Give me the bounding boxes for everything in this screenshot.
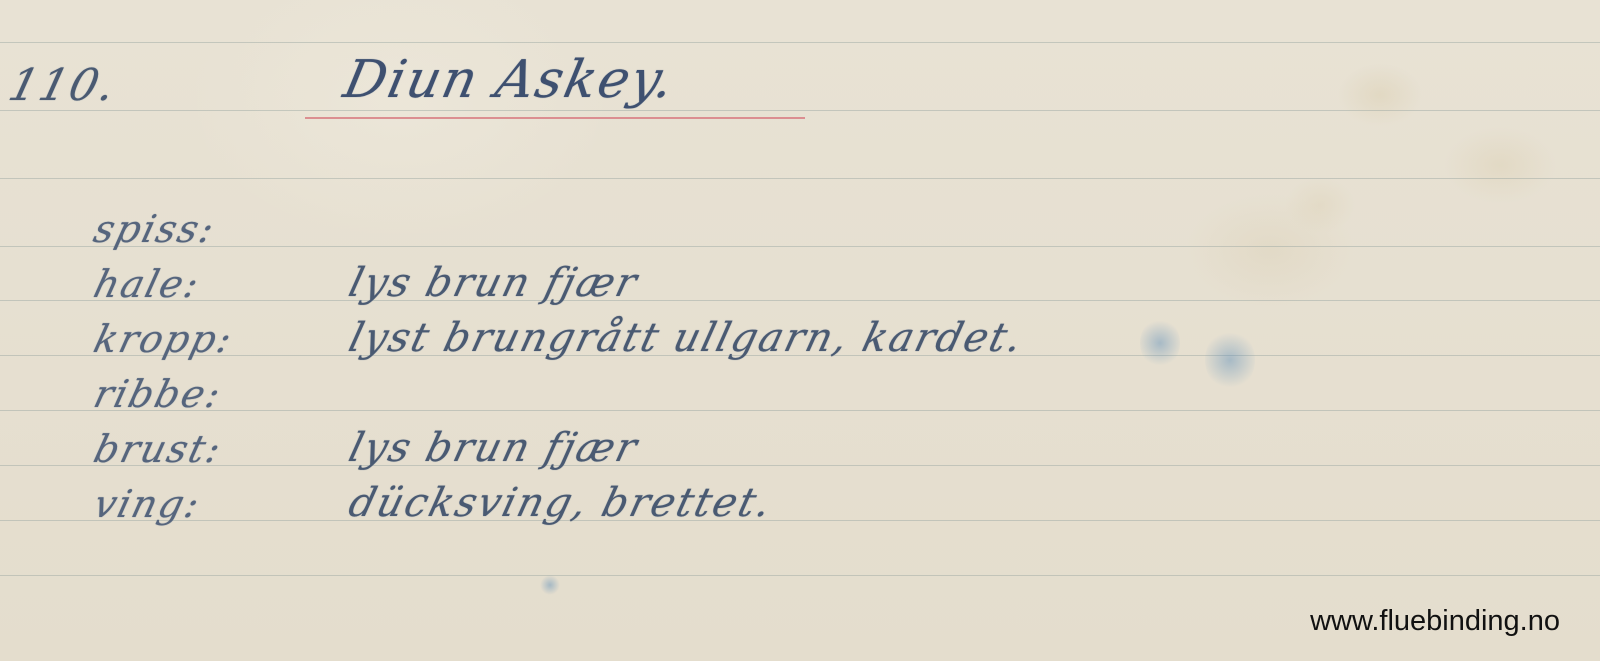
ruled-line [0, 110, 1600, 111]
field-value-kropp: lyst brungrått ullgarn, kardet. [344, 315, 1028, 361]
ruled-line [0, 465, 1600, 466]
pattern-title: Diun Askey. [339, 50, 681, 110]
entry-number: 110. [4, 60, 123, 111]
title-underline [305, 117, 805, 119]
field-value-hale: lys brun fjær [344, 260, 643, 306]
field-label-hale: hale: [90, 262, 206, 306]
ruled-line [0, 410, 1600, 411]
ruled-line [0, 42, 1600, 43]
ruled-line [0, 178, 1600, 179]
field-label-kropp: kropp: [90, 317, 239, 361]
field-label-brust: brust: [90, 427, 228, 471]
field-label-ving: ving: [90, 482, 206, 526]
watermark-url: www.fluebinding.no [1310, 605, 1560, 638]
ruled-line [0, 575, 1600, 576]
ink-smudge [1205, 330, 1255, 390]
field-value-ving: dücksving, brettet. [344, 480, 777, 526]
ruled-line [0, 300, 1600, 301]
field-label-spiss: spiss: [90, 207, 221, 251]
notebook-page: 110. Diun Askey. spiss: hale: lys brun f… [0, 0, 1600, 661]
ruled-line [0, 520, 1600, 521]
field-label-ribbe: ribbe: [90, 372, 227, 416]
ink-smudge [540, 575, 560, 595]
field-value-brust: lys brun fjær [344, 425, 643, 471]
ruled-line [0, 246, 1600, 247]
ink-smudge [1140, 318, 1180, 368]
